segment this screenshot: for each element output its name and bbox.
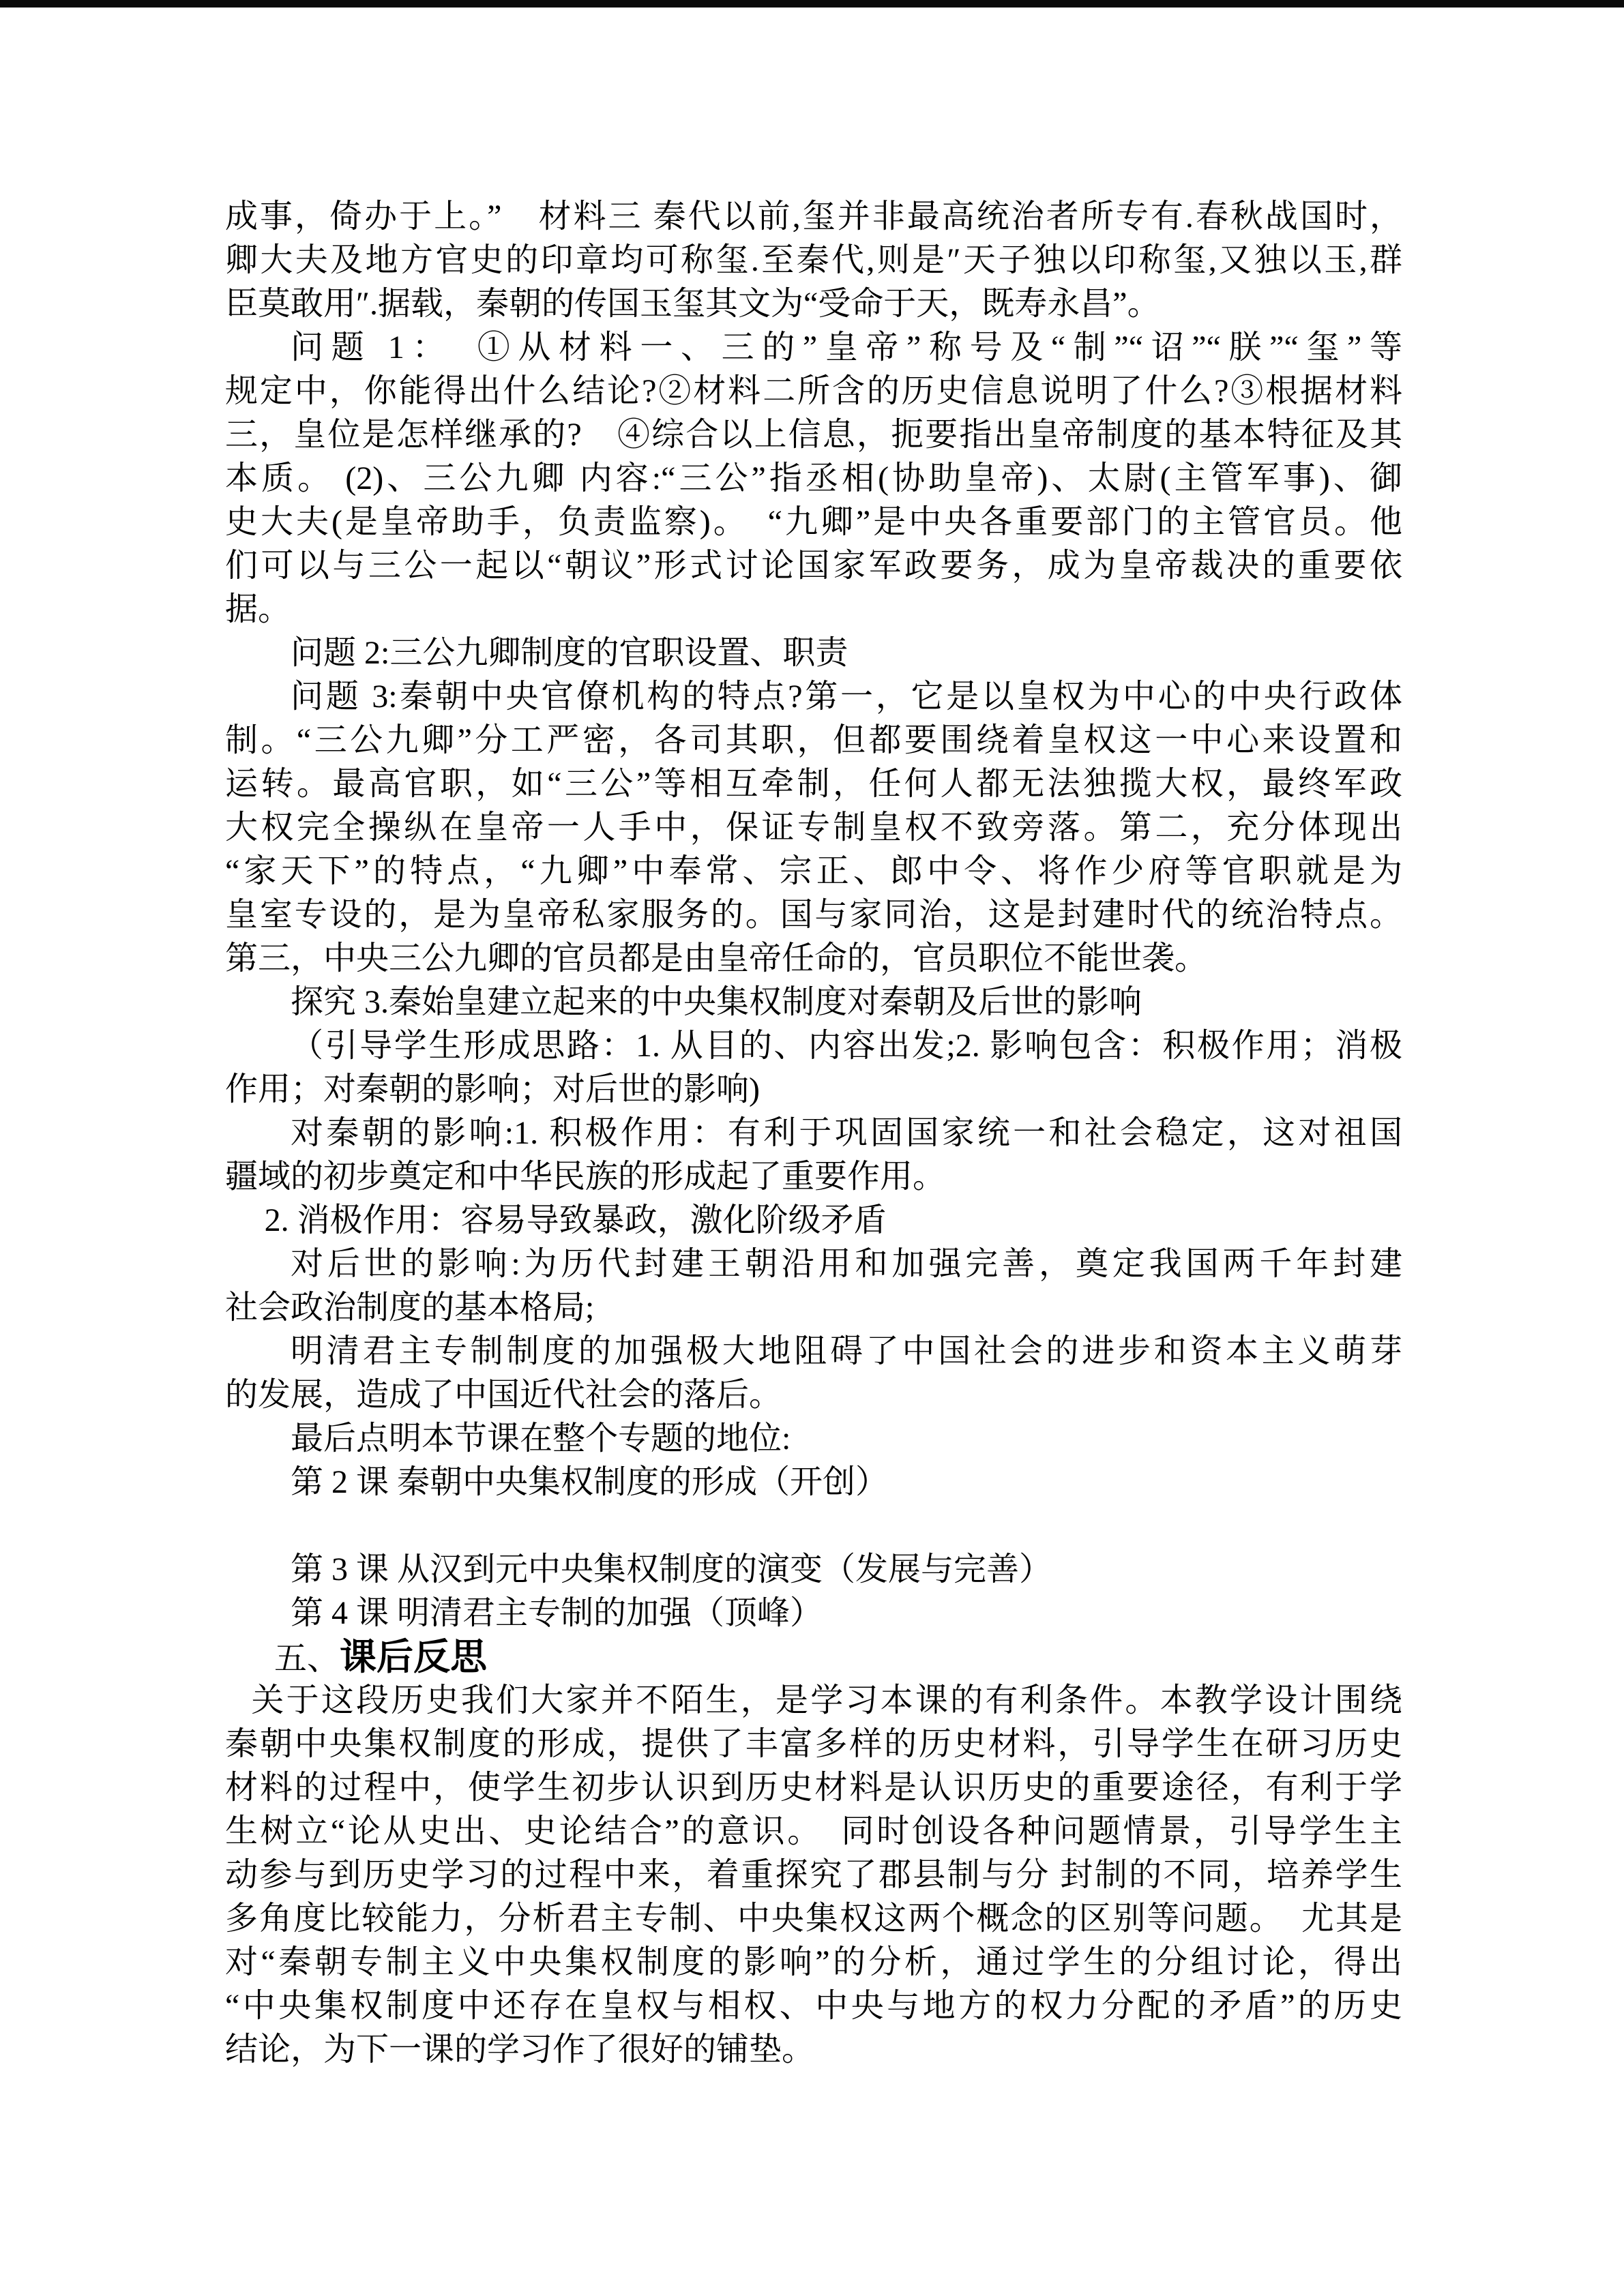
text-line: 史大夫(是皇帝助手，负责监察)。 “九卿”是中央各重要部门的主管官员。他	[225, 501, 1402, 544]
text-line: 第 4 课 明清君主专制的加强（顶峰）	[225, 1592, 1402, 1635]
text-line: 问题 3:秦朝中央官僚机构的特点?第一，它是以皇权为中心的中央行政体	[225, 675, 1402, 719]
text-content: 成事，倚办于上。” 材料三 秦代以前,玺并非最高统治者所专有.春秋战国时，卿大夫…	[225, 195, 1402, 2072]
text-line: 问题 2:三公九卿制度的官职设置、职责	[225, 631, 1402, 675]
text-line: 材料的过程中，使学生初步认识到历史材料是认识历史的重要途径，有利于学	[225, 1766, 1402, 1810]
text-line: 卿大夫及地方官史的印章均可称玺.至秦代,则是″天子独以印称玺,又独以玉,群	[225, 239, 1402, 282]
text-line: 制。“三公九卿”分工严密，各司其职，但都要围绕着皇权这一中心来设置和	[225, 719, 1402, 762]
text-line: 关于这段历史我们大家并不陌生，是学习本课的有利条件。本教学设计围绕	[225, 1679, 1402, 1723]
text-line: 对“秦朝专制主义中央集权制度的影响”的分析，通过学生的分组讨论，得出	[225, 1941, 1402, 1984]
text-line: 第 3 课 从汉到元中央集权制度的演变（发展与完善）	[225, 1548, 1402, 1592]
text-line: 三，皇位是怎样继承的? ④综合以上信息，扼要指出皇帝制度的基本特征及其	[225, 413, 1402, 457]
text-line: 第 2 课 秦朝中央集权制度的形成（开创）	[225, 1461, 1402, 1504]
text-line: 生树立“论从史出、史论结合”的意识。 同时创设各种问题情景，引导学生主	[225, 1810, 1402, 1853]
text-line: 动参与到历史学习的过程中来，着重探究了郡县制与分 封制的不同，培养学生	[225, 1853, 1402, 1897]
text-line: 对秦朝的影响:1. 积极作用：有利于巩固国家统一和社会稳定，这对祖国	[225, 1112, 1402, 1155]
text-line: 社会政治制度的基本格局;	[225, 1286, 1402, 1330]
text-line: 的发展，造成了中国近代社会的落后。	[225, 1373, 1402, 1417]
text-line: 明清君主专制制度的加强极大地阻碍了中国社会的进步和资本主义萌芽	[225, 1330, 1402, 1373]
text-line: 运转。最高官职，如“三公”等相互牵制，任何人都无法独揽大权，最终军政	[225, 762, 1402, 806]
text-line: “家天下”的特点，“九卿”中奉常、宗正、郎中令、将作少府等官职就是为	[225, 850, 1402, 893]
page-top-border	[0, 0, 1624, 8]
text-line: 探究 3.秦始皇建立起来的中央集权制度对秦朝及后世的影响	[225, 981, 1402, 1024]
document-page: 成事，倚办于上。” 材料三 秦代以前,玺并非最高统治者所专有.春秋战国时，卿大夫…	[0, 0, 1624, 2296]
text-line: 最后点明本节课在整个专题的地位:	[225, 1417, 1402, 1461]
section-heading-title: 课后反思	[340, 1637, 487, 1678]
text-line: 大权完全操纵在皇帝一人手中，保证专制皇权不致旁落。第二，充分体现出	[225, 806, 1402, 850]
text-line: （引导学生形成思路：1. 从目的、内容出发;2. 影响包含：积极作用；消极	[225, 1024, 1402, 1068]
text-line: 疆域的初步奠定和中华民族的形成起了重要作用。	[225, 1155, 1402, 1199]
text-line: “中央集权制度中还存在皇权与相权、中央与地方的权力分配的矛盾”的历史	[225, 1984, 1402, 2028]
section-heading-prefix: 五、	[274, 1641, 340, 1677]
blank-line	[225, 1504, 1402, 1548]
text-line: 多角度比较能力，分析君主专制、中央集权这两个概念的区别等问题。 尤其是	[225, 1897, 1402, 1941]
text-line: 作用；对秦朝的影响；对后世的影响)	[225, 1068, 1402, 1112]
text-line: 规定中，你能得出什么结论?②材料二所含的历史信息说明了什么?③根据材料	[225, 370, 1402, 413]
text-line: 第三，中央三公九卿的官员都是由皇帝任命的，官员职位不能世袭。	[225, 937, 1402, 981]
text-line: 成事，倚办于上。” 材料三 秦代以前,玺并非最高统治者所专有.春秋战国时，	[225, 195, 1402, 239]
section-heading: 五、课后反思	[225, 1635, 1402, 1679]
text-line: 据。	[225, 588, 1402, 631]
text-line: 结论，为下一课的学习作了很好的铺垫。	[225, 2028, 1402, 2072]
text-line: 2. 消极作用：容易导致暴政，激化阶级矛盾	[225, 1199, 1402, 1242]
text-line: 皇室专设的，是为皇帝私家服务的。国与家同治，这是封建时代的统治特点。	[225, 893, 1402, 937]
text-line: 臣莫敢用″.据载，秦朝的传国玉玺其文为“受命于天，既寿永昌”。	[225, 282, 1402, 326]
text-line: 们可以与三公一起以“朝议”形式讨论国家军政要务，成为皇帝裁决的重要依	[225, 544, 1402, 588]
text-line: 对后世的影响:为历代封建王朝沿用和加强完善，奠定我国两千年封建	[225, 1242, 1402, 1286]
text-line: 问题 1： ①从材料一、三的”皇帝”称号及“制”“诏”“朕”“玺”等	[225, 326, 1402, 370]
text-line: 秦朝中央集权制度的形成，提供了丰富多样的历史材料，引导学生在研习历史	[225, 1723, 1402, 1766]
text-line: 本质。 (2)、三公九卿 内容:“三公”指丞相(协助皇帝)、太尉(主管军事)、御	[225, 457, 1402, 501]
